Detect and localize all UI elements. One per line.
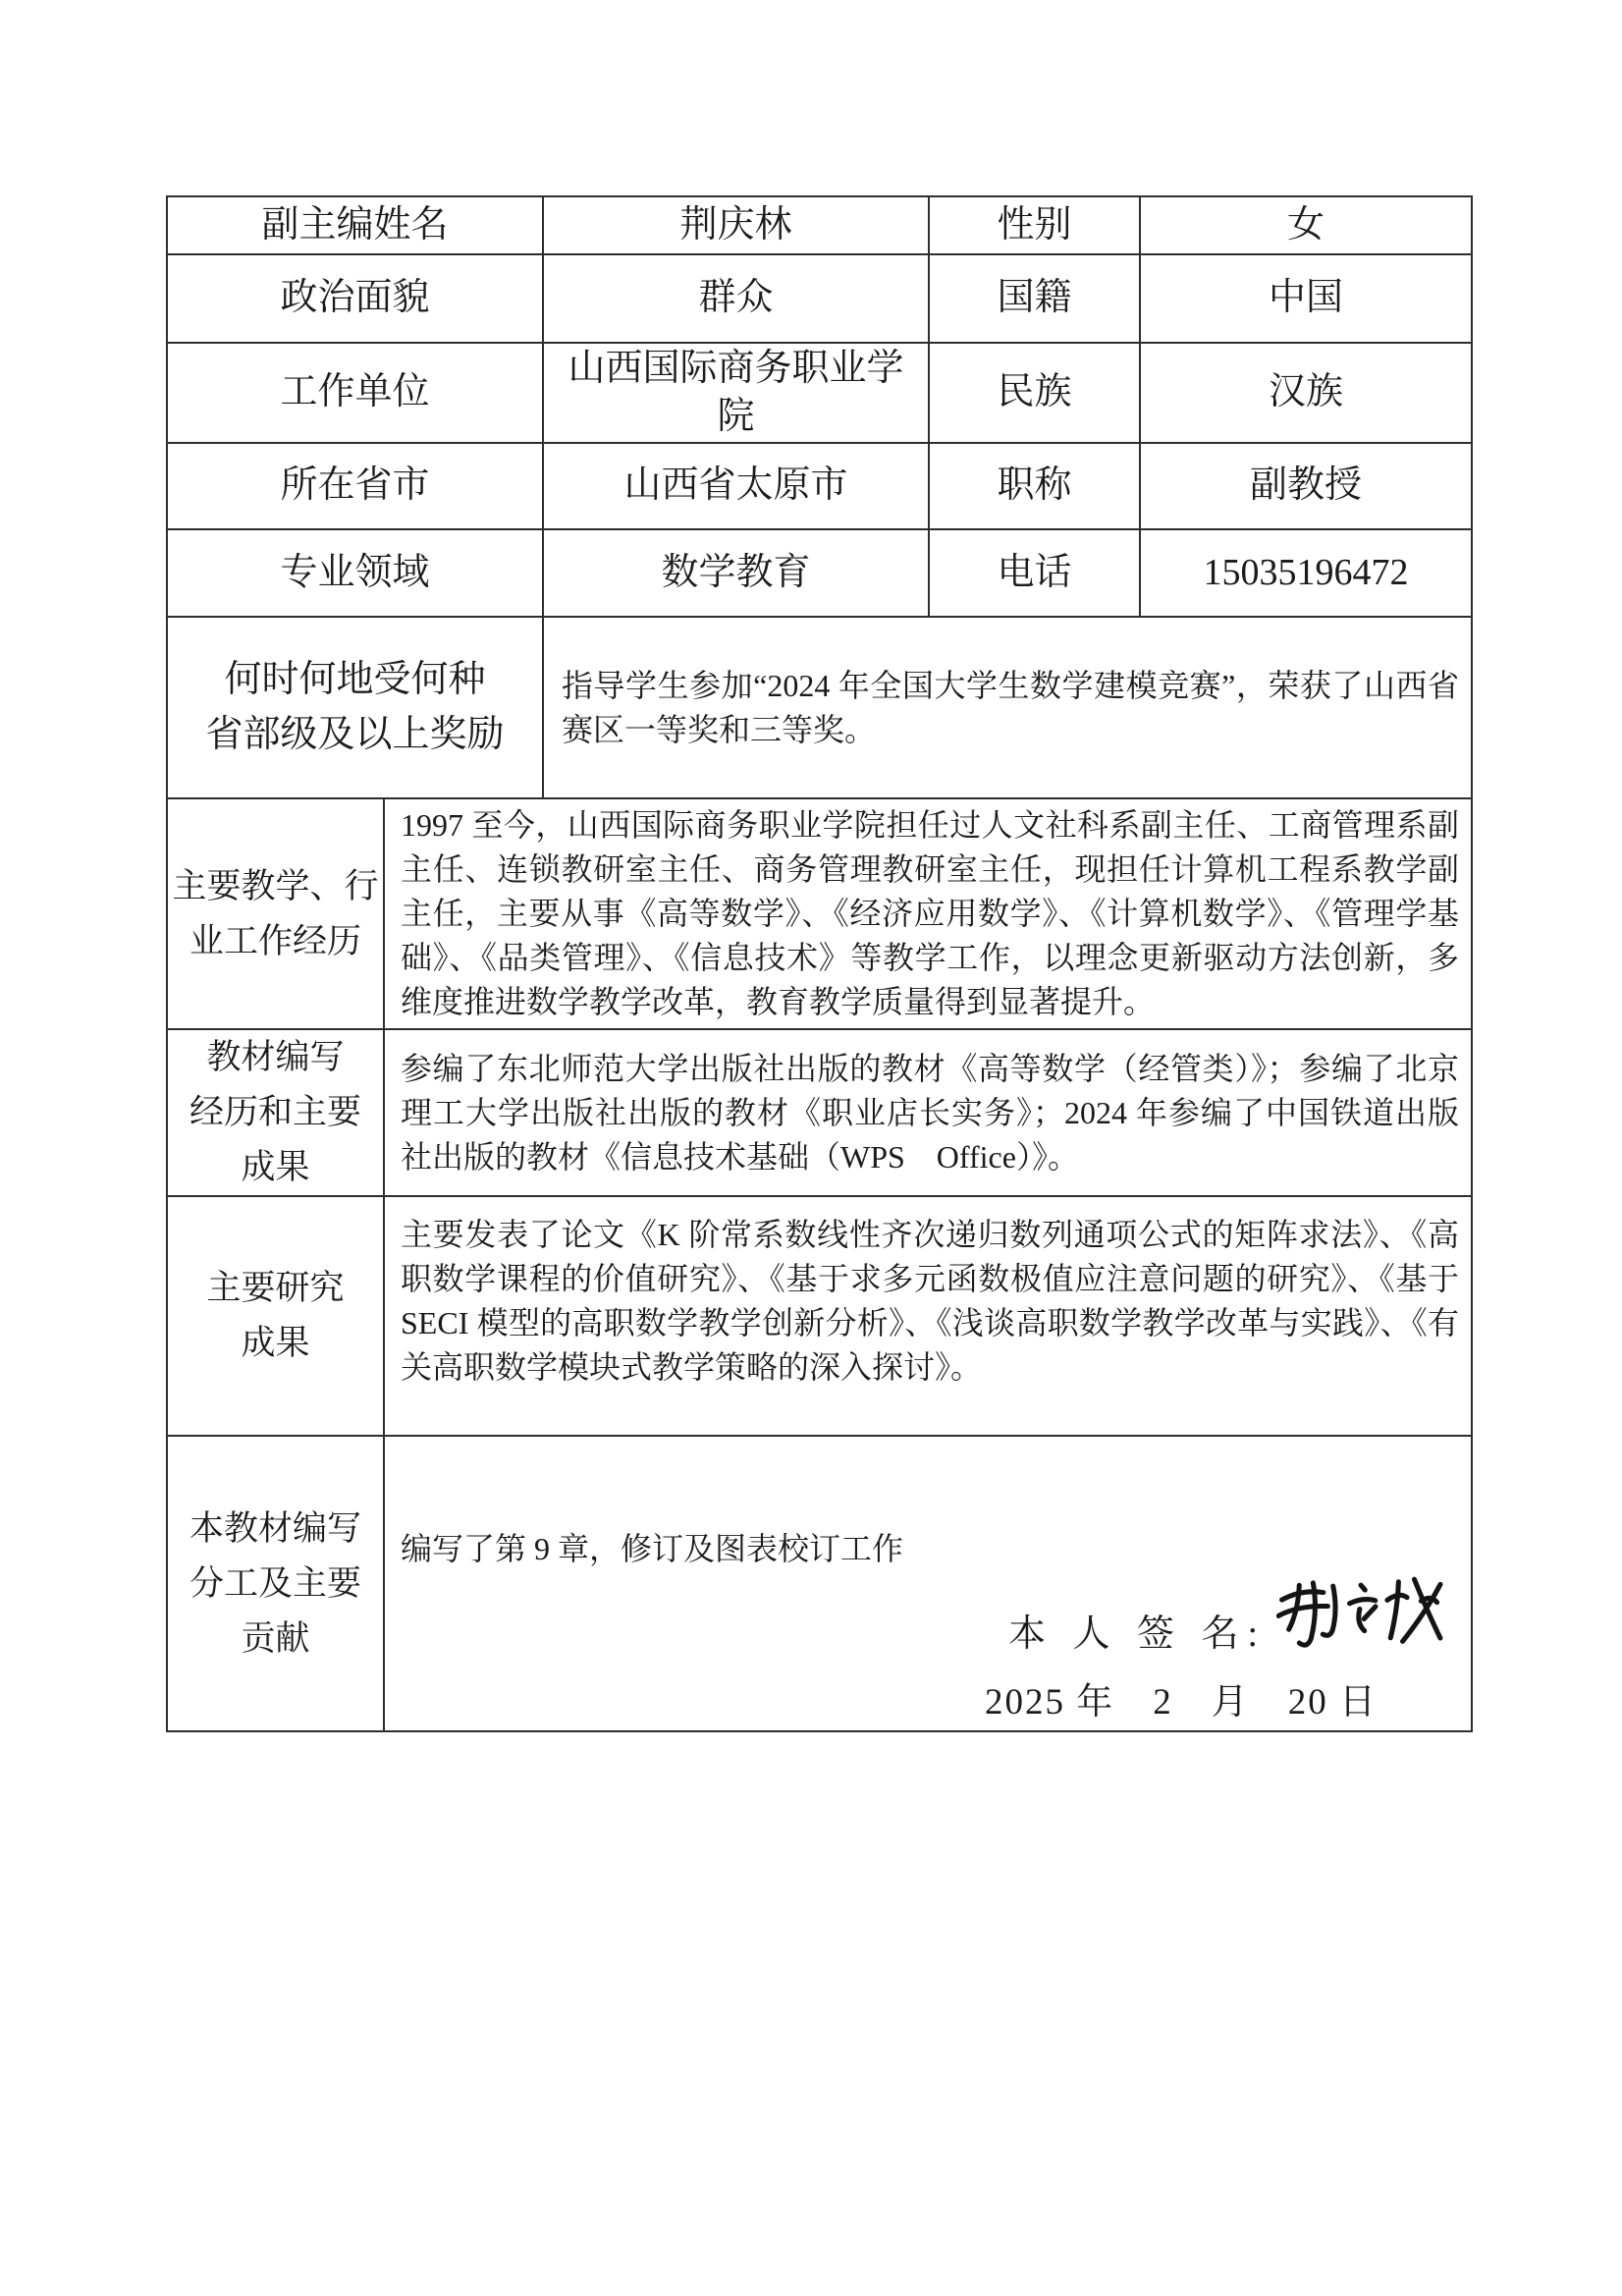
table-row: 何时何地受何种 省部级及以上奖励 指导学生参加“2024 年全国大学生数学建模竞… xyxy=(167,617,1472,798)
contribution-text: 编写了第 9 章，修订及图表校订工作 xyxy=(401,1527,1471,1571)
field-label-specialty: 专业领域 xyxy=(167,529,543,617)
field-value-title: 副教授 xyxy=(1140,443,1472,529)
field-label-textbook-experience: 教材编写 经历和主要 成果 xyxy=(167,1029,384,1196)
table-row: 工作单位 山西国际商务职业学院 民族 汉族 xyxy=(167,343,1472,443)
field-value-political-status: 群众 xyxy=(543,254,929,343)
field-label-title: 职称 xyxy=(929,443,1140,529)
field-value-ethnicity: 汉族 xyxy=(1140,343,1472,443)
table-row: 专业领域 数学教育 电话 15035196472 xyxy=(167,529,1472,617)
field-value-research-achievements: 主要发表了论文《K 阶常系数线性齐次递归数列通项公式的矩阵求法》、《高职数学课程… xyxy=(384,1196,1472,1436)
signature-line: 本 人 签 名: xyxy=(385,1579,1445,1650)
signature-handwriting-icon xyxy=(1275,1572,1447,1653)
field-label-ethnicity: 民族 xyxy=(929,343,1140,443)
field-label-nationality: 国籍 xyxy=(929,254,1140,343)
signature-date: 2025 年 2 月 20 日 xyxy=(385,1671,1378,1724)
field-value-phone: 15035196472 xyxy=(1140,529,1472,617)
table-row: 所在省市 山西省太原市 职称 副教授 xyxy=(167,443,1472,529)
field-label-province-city: 所在省市 xyxy=(167,443,543,529)
field-label-gender: 性别 xyxy=(929,196,1140,254)
field-value-awards: 指导学生参加“2024 年全国大学生数学建模竞赛”，荣获了山西省赛区一等奖和三等… xyxy=(543,617,1472,798)
field-value-province-city: 山西省太原市 xyxy=(543,443,929,529)
table-row: 政治面貌 群众 国籍 中国 xyxy=(167,254,1472,343)
field-value-name: 荆庆林 xyxy=(543,196,929,254)
field-value-nationality: 中国 xyxy=(1140,254,1472,343)
field-label-research-achievements: 主要研究 成果 xyxy=(167,1196,384,1436)
field-value-textbook-experience: 参编了东北师范大学出版社出版的教材《高等数学（经管类）》；参编了北京理工大学出版… xyxy=(384,1029,1472,1196)
field-value-gender: 女 xyxy=(1140,196,1472,254)
table-row: 副主编姓名 荆庆林 性别 女 xyxy=(167,196,1472,254)
field-label-political-status: 政治面貌 xyxy=(167,254,543,343)
field-label-awards: 何时何地受何种 省部级及以上奖励 xyxy=(167,617,543,798)
table-row: 主要研究 成果 主要发表了论文《K 阶常系数线性齐次递归数列通项公式的矩阵求法》… xyxy=(167,1196,1472,1436)
field-label-teaching-experience: 主要教学、行 业工作经历 xyxy=(167,798,384,1029)
field-label-name: 副主编姓名 xyxy=(167,196,543,254)
field-value-teaching-experience: 1997 至今，山西国际商务职业学院担任过人文社科系副主任、工商管理系副主任、连… xyxy=(384,798,1472,1029)
field-label-contribution: 本教材编写 分工及主要 贡献 xyxy=(167,1436,384,1731)
field-label-employer: 工作单位 xyxy=(167,343,543,443)
table-row: 教材编写 经历和主要 成果 参编了东北师范大学出版社出版的教材《高等数学（经管类… xyxy=(167,1029,1472,1196)
field-label-phone: 电话 xyxy=(929,529,1140,617)
table-row: 本教材编写 分工及主要 贡献 编写了第 9 章，修订及图表校订工作 本 人 签 … xyxy=(167,1436,1472,1731)
field-value-specialty: 数学教育 xyxy=(543,529,929,617)
document-page: 副主编姓名 荆庆林 性别 女 政治面貌 群众 国籍 中国 工作单位 山西国际商务… xyxy=(0,0,1622,2296)
editor-info-form-table: 副主编姓名 荆庆林 性别 女 政治面貌 群众 国籍 中国 工作单位 山西国际商务… xyxy=(166,195,1473,1732)
table-row: 主要教学、行 业工作经历 1997 至今，山西国际商务职业学院担任过人文社科系副… xyxy=(167,798,1472,1029)
signature-label: 本 人 签 名: xyxy=(1008,1603,1267,1657)
field-value-contribution-cell: 编写了第 9 章，修订及图表校订工作 本 人 签 名: xyxy=(384,1436,1472,1731)
field-value-employer: 山西国际商务职业学院 xyxy=(543,343,929,443)
